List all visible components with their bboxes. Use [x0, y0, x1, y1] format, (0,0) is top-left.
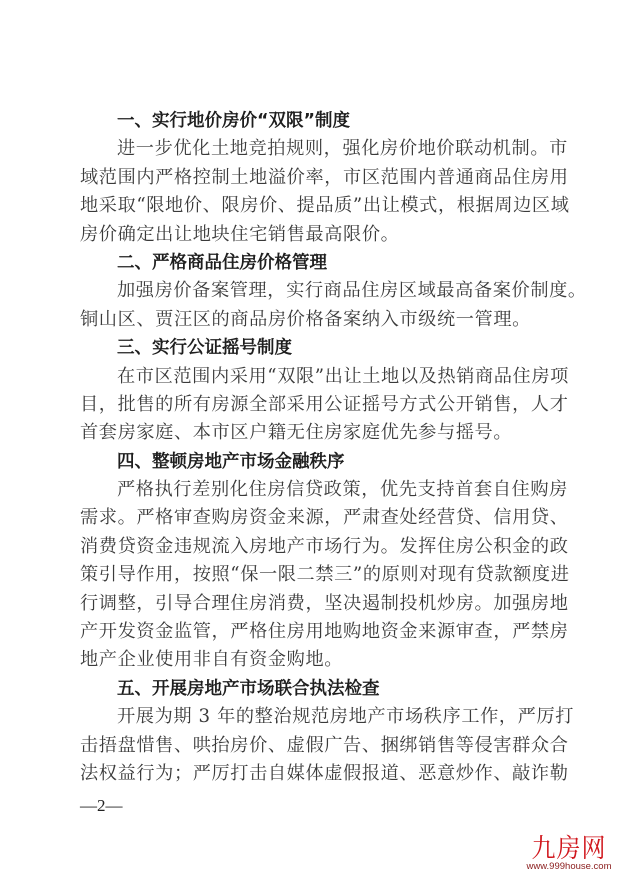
paragraph-line: 策引导作用，按照“保一限二禁三”的原则对现有贷款额度进: [80, 561, 542, 589]
section-heading-5: 五、开展房地产市场联合执法检查: [80, 675, 542, 703]
site-logo-text: 九房网: [521, 834, 617, 863]
paragraph-line: 消费贷资金违规流入房地产市场行为。发挥住房公积金的政: [80, 533, 542, 561]
paragraph-line: 地采取“限地价、限房价、提品质”出让模式，根据周边区域: [80, 192, 542, 220]
paragraph-line: 域范围内严格控制土地溢价率，市区范围内普通商品住房用: [80, 164, 542, 192]
paragraph-line: 铜山区、贾汪区的商品房价格备案纳入市级统一管理。: [80, 306, 542, 334]
paragraph-line: 地产企业使用非自有资金购地。: [80, 646, 542, 674]
section-heading-2: 二、严格商品住房价格管理: [80, 249, 542, 277]
section-heading-1: 一、实行地价房价“双限”制度: [80, 107, 542, 135]
paragraph-line: 进一步优化土地竞拍规则，强化房价地价联动机制。市: [80, 135, 542, 163]
paragraph-line: 在市区范围内采用“双限”出让土地以及热销商品住房项: [80, 363, 542, 391]
paragraph-line: 需求。严格审查购房资金来源，严肃查处经营贷、信用贷、: [80, 504, 542, 532]
document-page: 一、实行地价房价“双限”制度 进一步优化土地竞拍规则，强化房价地价联动机制。市 …: [80, 107, 542, 788]
paragraph-line: 击捂盘惜售、哄抬房价、虚假广告、捆绑销售等侵害群众合: [80, 732, 542, 760]
paragraph-line: 行调整，引导合理住房消费，坚决遏制投机炒房。加强房地: [80, 590, 542, 618]
section-heading-3: 三、实行公证摇号制度: [80, 334, 542, 362]
paragraph-line: 目，批售的所有房源全部采用公证摇号方式公开销售，人才: [80, 391, 542, 419]
paragraph-line: 产开发资金监管，严格住房用地购地资金来源审查，严禁房: [80, 618, 542, 646]
paragraph-line: 法权益行为；严厉打击自媒体虚假报道、恶意炒作、敲诈勒: [80, 760, 542, 788]
page-number: —2—: [80, 796, 123, 816]
paragraph-line: 房价确定出让地块住宅销售最高限价。: [80, 221, 542, 249]
paragraph-line: 首套房家庭、本市区户籍无住房家庭优先参与摇号。: [80, 419, 542, 447]
watermark-logo: 九房网 www.999house.com: [521, 835, 617, 873]
paragraph-line: 严格执行差别化住房信贷政策，优先支持首套自住购房: [80, 476, 542, 504]
paragraph-line: 加强房价备案管理，实行商品住房区域最高备案价制度。: [80, 277, 542, 305]
paragraph-line: 开展为期 3 年的整治规范房地产市场秩序工作，严厉打: [80, 703, 542, 731]
section-heading-4: 四、整顿房地产市场金融秩序: [80, 448, 542, 476]
